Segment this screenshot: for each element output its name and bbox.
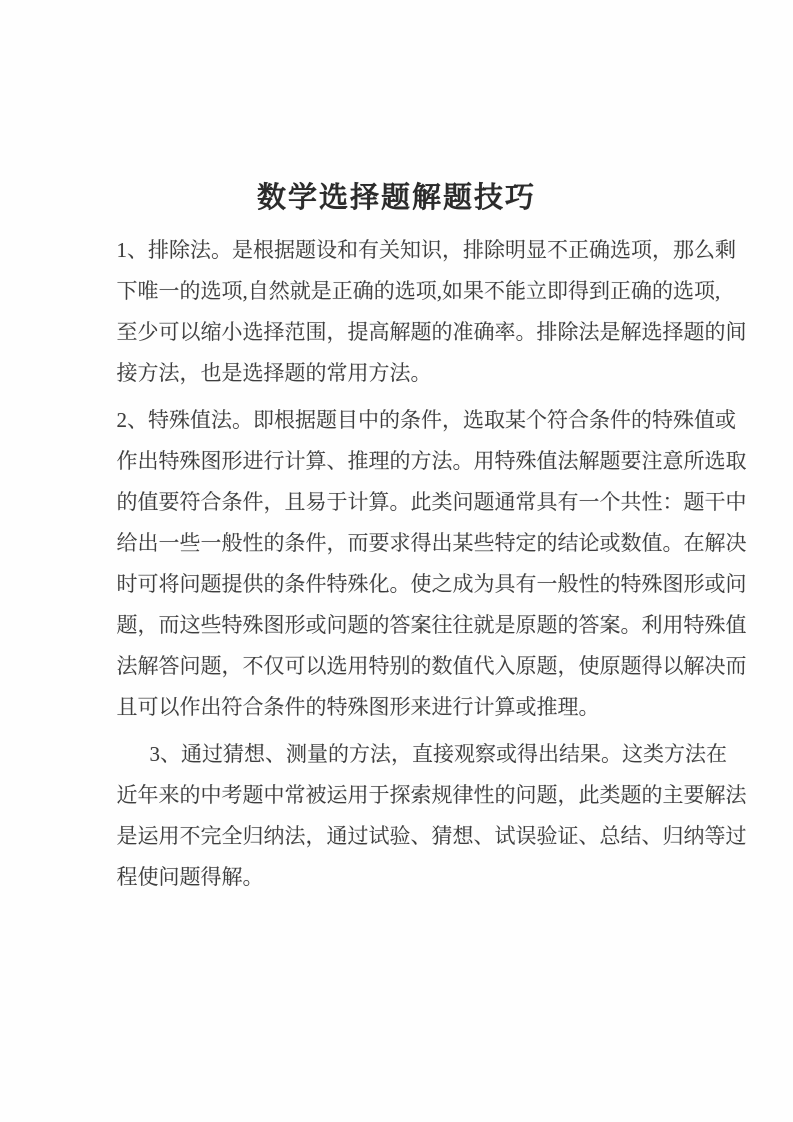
paragraph-special-value-method: 2、特殊值法。即根据题目中的条件，选取某个符合条件的特殊值或 作出特殊图形进行计…	[117, 400, 677, 728]
text-line: 作出特殊图形进行计算、推理的方法。用特殊值法解题要注意所选取	[117, 441, 677, 482]
text-line: 法解答问题，不仅可以选用特别的数值代入原题，使原题得以解决而	[117, 646, 677, 687]
scanned-document-page: 数学选择题解题技巧 1、排除法。是根据题设和有关知识，排除明显不正确选项，那么剩…	[0, 0, 793, 1122]
text-line: 是运用不完全归纳法，通过试验、猜想、试误验证、总结、归纳等过	[117, 816, 677, 857]
text-line: 给出一些一般性的条件，而要求得出某些特定的结论或数值。在解决	[117, 523, 677, 564]
paragraph-elimination-method: 1、排除法。是根据题设和有关知识，排除明显不正确选项，那么剩 下唯一的选项,自然…	[117, 230, 677, 394]
text-line: 3、通过猜想、测量的方法，直接观察或得出结果。这类方法在	[117, 734, 677, 775]
document-title: 数学选择题解题技巧	[117, 181, 677, 215]
text-line: 至少可以缩小选择范围，提高解题的准确率。排除法是解选择题的间	[117, 312, 677, 353]
text-line: 近年来的中考题中常被运用于探索规律性的问题，此类题的主要解法	[117, 775, 677, 816]
document-content: 数学选择题解题技巧 1、排除法。是根据题设和有关知识，排除明显不正确选项，那么剩…	[117, 0, 677, 898]
text-line: 且可以作出符合条件的特殊图形来进行计算或推理。	[117, 687, 677, 728]
paragraph-guess-measure-method: 3、通过猜想、测量的方法，直接观察或得出结果。这类方法在 近年来的中考题中常被运…	[117, 734, 677, 898]
text-line: 程使问题得解。	[117, 857, 677, 898]
text-line: 接方法，也是选择题的常用方法。	[117, 353, 677, 394]
text-line: 的值要符合条件，且易于计算。此类问题通常具有一个共性：题干中	[117, 482, 677, 523]
text-line: 时可将问题提供的条件特殊化。使之成为具有一般性的特殊图形或问	[117, 564, 677, 605]
text-line: 2、特殊值法。即根据题目中的条件，选取某个符合条件的特殊值或	[117, 400, 677, 441]
text-line: 1、排除法。是根据题设和有关知识，排除明显不正确选项，那么剩	[117, 230, 677, 271]
text-line: 下唯一的选项,自然就是正确的选项,如果不能立即得到正确的选项,	[117, 271, 677, 312]
text-line: 题，而这些特殊图形或问题的答案往往就是原题的答案。利用特殊值	[117, 605, 677, 646]
